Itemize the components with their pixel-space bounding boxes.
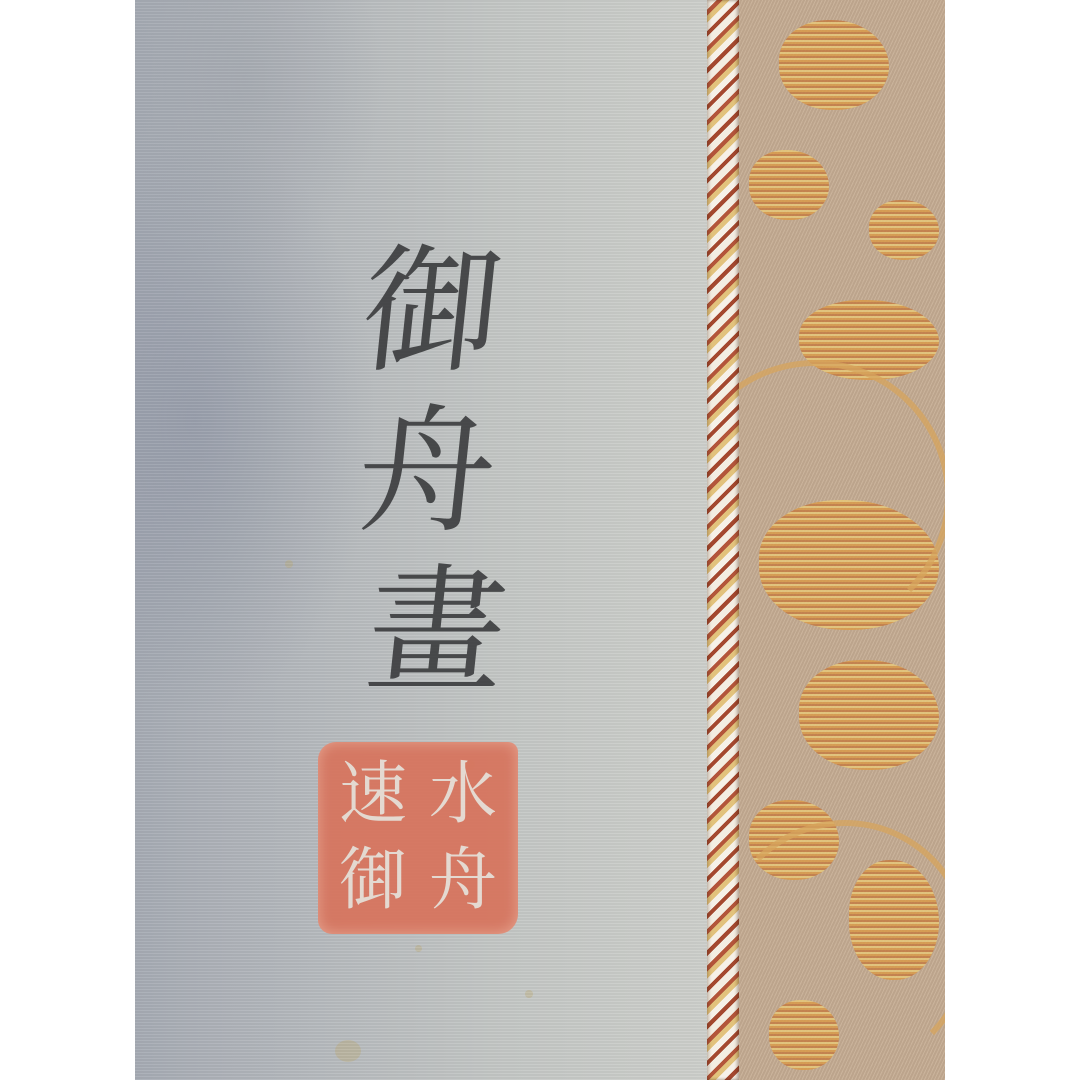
floral-motif xyxy=(779,20,889,110)
seal-char: 御 xyxy=(328,838,418,924)
brocade-mounting xyxy=(739,0,945,1080)
seal-char: 速 xyxy=(328,752,418,838)
foxing-spot xyxy=(415,945,422,952)
seal-char: 水 xyxy=(418,752,508,838)
signature-char: 舟 xyxy=(350,392,505,552)
artist-signature: 御 舟 畫 xyxy=(332,232,512,712)
vine-motif xyxy=(739,820,945,1072)
foxing-spot xyxy=(335,1040,361,1062)
seal-char: 舟 xyxy=(418,838,508,924)
foxing-spot xyxy=(285,560,293,568)
signature-char: 畫 xyxy=(360,552,515,712)
signature-char: 御 xyxy=(355,232,510,392)
scroll-photo: 御 舟 畫 速 水 御 舟 xyxy=(0,0,1080,1080)
floral-motif xyxy=(799,660,939,770)
foxing-spot xyxy=(525,990,533,998)
floral-motif xyxy=(869,200,939,260)
woven-trim-strip xyxy=(707,0,739,1080)
floral-motif xyxy=(749,150,829,220)
artist-seal: 速 水 御 舟 xyxy=(318,742,518,934)
